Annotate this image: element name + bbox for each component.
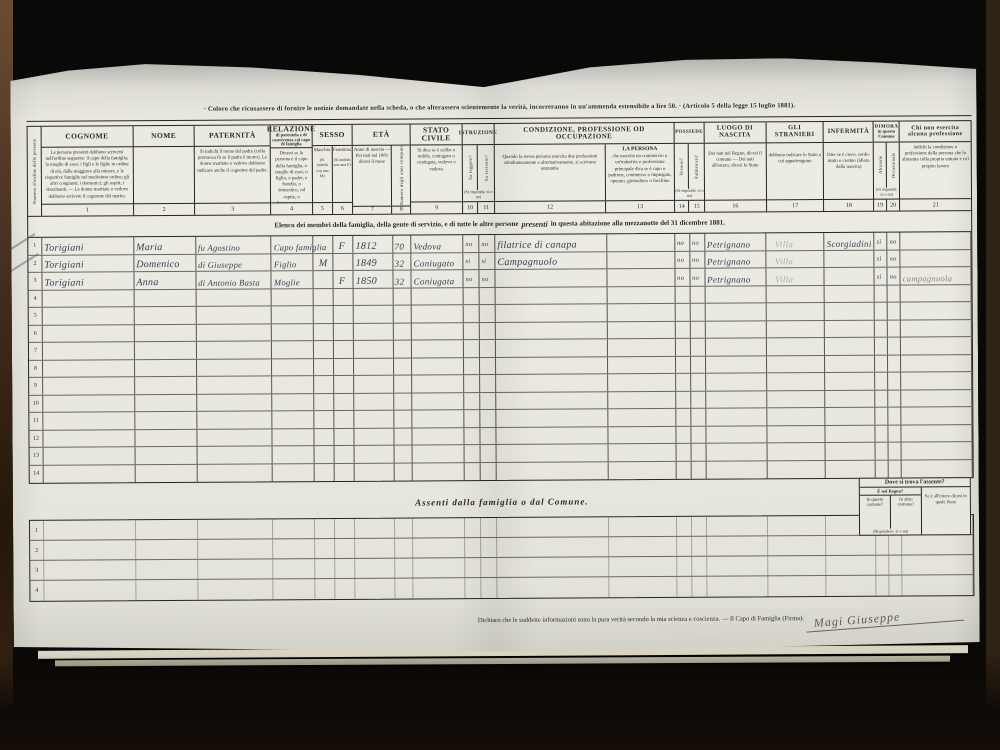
cell-relazione: [273, 519, 315, 538]
handwritten-entry: no: [692, 257, 699, 264]
cell-legge: [465, 428, 481, 445]
handwritten-entry: filatrice di canapa: [497, 239, 577, 250]
cell-cognome: [43, 395, 135, 412]
cell-sesso_m: [314, 376, 334, 393]
cell-persona: [607, 234, 675, 251]
cell-fabbricati: [691, 409, 706, 426]
cell-anni: [394, 376, 412, 393]
cell-paternita: di Giuseppe: [196, 254, 272, 271]
cell-fabbricati: [691, 461, 706, 479]
cell-terreni: [675, 304, 690, 321]
cell-nome: Domenico: [134, 254, 196, 271]
cell-n: 11: [29, 413, 43, 430]
row-number: 12: [33, 436, 39, 442]
cell-fabbricati: no: [690, 269, 705, 286]
cell-paternita: [196, 324, 272, 341]
cell-anno: [356, 579, 396, 599]
handwritten-entry: F: [339, 275, 345, 286]
cell-sesso_f: [334, 306, 354, 323]
cell-paternita: di Antonio Basta: [196, 271, 272, 288]
cell-dim_oc: no: [887, 233, 900, 250]
cell-scrive: [480, 287, 496, 304]
cell-luogo: Petrignano: [705, 233, 767, 250]
cell-anni: [394, 358, 412, 375]
cell-legge: [465, 558, 481, 577]
handwritten-entry: no: [466, 276, 473, 283]
cell-condizione: [496, 392, 608, 409]
cell-sesso_m: [315, 463, 335, 481]
cell-chi_non: [902, 535, 973, 554]
cell-n: 13: [30, 448, 44, 465]
cell-paternita: [197, 464, 273, 482]
cell-relazione: [273, 394, 315, 411]
cell-condizione: [497, 537, 609, 557]
handwritten-entry: Villa: [775, 256, 793, 266]
col-dimora: DIMORA in questo Comune Abituale Occasio…: [874, 122, 901, 211]
cell-fabbricati: [691, 356, 706, 373]
col-paternita: PATERNITÀ Si indichi il nome del padre (…: [195, 125, 271, 214]
cell-condizione: [497, 577, 609, 598]
cell-relazione: [273, 376, 315, 393]
handwritten-entry: 1849: [356, 258, 377, 269]
cell-persona: [608, 321, 676, 338]
cell-scrive: [480, 305, 496, 322]
handwritten-entry: M: [319, 258, 328, 269]
cell-fabbricati: no: [690, 251, 705, 268]
cell-sesso_f: [335, 463, 355, 481]
table-shadow: [0, 655, 1000, 750]
col-cognome: COGNOME Le persone presenti debbono scri…: [42, 126, 134, 216]
wood-frame-right: [986, 0, 1000, 750]
cell-scrive: [480, 340, 496, 357]
cell-persona: [609, 517, 677, 536]
cell-cognome: [44, 465, 136, 483]
cell-cognome: [43, 290, 135, 307]
cell-relazione: [272, 306, 314, 323]
cell-nome: [136, 520, 198, 539]
row-number: 2: [33, 261, 36, 267]
cell-nome: [135, 447, 197, 464]
cell-fabbricati: [690, 321, 705, 338]
col-sesso: SESSO Maschio (Si indichi con una M) Fem…: [313, 125, 354, 214]
cell-anni: 32: [394, 253, 412, 270]
cell-stranieri: [768, 460, 826, 478]
cell-sesso_f: [334, 288, 354, 305]
col-possiede: POSSIEDE Terreni? Fabbricati? (Si rispon…: [674, 123, 705, 212]
cell-persona: [608, 444, 676, 461]
cell-anni: [395, 539, 413, 558]
head-of-family-signature: Magi Giuseppe: [805, 605, 964, 633]
table-body: 1TorigianiMariafu AgostinoCapo famigliaF…: [27, 231, 973, 484]
row-number: 9: [34, 383, 37, 389]
cell-infermita: [826, 408, 876, 425]
cell-scrive: [481, 445, 497, 462]
cell-stato: [413, 538, 465, 557]
handwritten-entry: Villa: [775, 239, 793, 249]
cell-relazione: [274, 579, 316, 599]
cell-legge: [464, 375, 480, 392]
handwritten-entry: no: [692, 274, 699, 281]
cell-luogo: [706, 443, 768, 460]
cell-cognome: [44, 447, 136, 464]
cell-nome: Anna: [134, 272, 196, 289]
cell-paternita: [197, 341, 273, 358]
cell-condizione: filatrice di canapa: [495, 234, 607, 251]
handwritten-entry: sì: [465, 258, 470, 265]
assente-location-box: Dove si trova l'assente? È nel Regno? In…: [859, 477, 971, 536]
cell-terreni: [676, 339, 691, 356]
cell-infermita: Scorgiadini: [825, 233, 875, 250]
cell-stranieri: [767, 355, 825, 372]
handwritten-entry: no: [692, 239, 699, 246]
cell-relazione: [272, 359, 314, 376]
cell-paternita: [197, 429, 273, 446]
cell-stranieri: [767, 338, 825, 355]
handwritten-entry: no: [677, 239, 684, 246]
cell-condizione: [496, 409, 608, 426]
cell-legge: [465, 578, 481, 598]
cell-legge: [464, 288, 480, 305]
cell-sesso_m: [315, 446, 335, 463]
cell-cognome: [43, 412, 135, 429]
cell-anno: [354, 358, 394, 375]
cell-persona: [608, 374, 676, 391]
cell-stranieri: [768, 425, 826, 442]
cell-cognome: [43, 307, 135, 324]
cell-condizione: [497, 517, 609, 537]
cell-relazione: [273, 429, 315, 446]
cell-sesso_m: [315, 428, 335, 445]
cell-n: 4: [30, 581, 44, 601]
cell-legge: [464, 340, 480, 357]
cell-n: 8: [29, 360, 43, 377]
table-header: Numero d'ordine delle persone COGNOME Le…: [27, 121, 973, 217]
cell-stranieri: [768, 516, 826, 535]
cell-chi_non: [902, 425, 973, 442]
cell-relazione: Capo famiglia: [272, 236, 314, 253]
cell-legge: [464, 410, 480, 427]
cell-stranieri: [768, 373, 826, 390]
row-number: 2: [35, 547, 38, 553]
row-number: 11: [33, 418, 39, 424]
cell-terreni: [676, 444, 691, 461]
cell-luogo: Petrignano: [705, 251, 767, 268]
cell-anni: [394, 393, 412, 410]
col-chi-non-esercita: Chi non esercita alcuna professione indi…: [900, 121, 971, 210]
row-number: 1: [35, 527, 38, 533]
cell-nome: [134, 307, 196, 324]
cell-chi_non: [902, 460, 973, 478]
cell-paternita: [197, 411, 273, 428]
cell-infermita: [825, 373, 875, 390]
cell-stato: Coniugata: [412, 270, 464, 287]
handwritten-entry: no: [481, 241, 488, 248]
cell-legge: [465, 463, 481, 481]
cell-legge: [465, 445, 481, 462]
cell-dim_oc: [888, 338, 901, 355]
handwritten-entry: sì: [876, 238, 881, 245]
cell-chi_non: [902, 575, 973, 595]
row-number: 14: [33, 471, 39, 477]
row-number: 1: [33, 243, 36, 249]
handwritten-entry: di Antonio Basta: [198, 277, 260, 287]
cell-scrive: [481, 518, 497, 537]
cell-paternita: [198, 559, 274, 578]
cell-terreni: [677, 517, 692, 536]
cell-relazione: [272, 324, 314, 341]
cell-nome: [136, 560, 198, 579]
row-number: 3: [33, 278, 36, 284]
cell-cognome: Torigiani: [42, 255, 134, 272]
cell-anno: [354, 306, 394, 323]
cell-dim_ab: [876, 536, 889, 555]
cell-anno: 1850: [354, 271, 394, 288]
cell-infermita: [826, 390, 876, 407]
cell-paternita: fu Agostino: [196, 236, 272, 253]
cell-sesso_m: [315, 411, 335, 428]
cell-condizione: [496, 304, 608, 321]
cell-anni: [394, 288, 412, 305]
cell-dim_ab: [875, 320, 888, 337]
handwritten-entry: Figlio: [274, 259, 297, 269]
cell-luogo: [706, 408, 768, 425]
cell-cognome: [44, 580, 136, 601]
cell-infermita: [825, 285, 875, 302]
cell-dim_ab: [876, 408, 889, 425]
handwritten-entry: no: [465, 241, 472, 248]
cell-n: 2: [30, 541, 44, 560]
cell-terreni: [676, 409, 691, 426]
handwritten-entry: sì: [877, 273, 882, 280]
cell-n: 10: [29, 395, 43, 412]
cell-stato: [414, 578, 466, 598]
declaration-line: Dichiaro che le suddette informazioni so…: [30, 608, 976, 630]
cell-relazione: Moglie: [272, 271, 314, 288]
cell-infermita: [825, 303, 875, 320]
cell-chi_non: campagnuola: [901, 267, 972, 284]
cell-persona: [608, 356, 676, 373]
cell-luogo: [707, 556, 769, 575]
cell-n: 7: [29, 343, 43, 360]
cell-stranieri: [769, 576, 827, 596]
cell-anni: [395, 411, 413, 428]
cell-n: 4: [29, 290, 43, 307]
cell-relazione: [274, 539, 316, 558]
cell-condizione: Campagnuolo: [495, 252, 607, 269]
cell-stato: [412, 323, 464, 340]
cell-anno: [355, 446, 395, 463]
handwritten-entry: Torigiani: [44, 277, 84, 288]
cell-sesso_m: [314, 341, 334, 358]
cell-sesso_f: [335, 393, 355, 410]
handwritten-entry: sì: [481, 258, 486, 265]
cell-anno: [354, 341, 394, 358]
cell-terreni: [676, 374, 691, 391]
cell-condizione: [496, 374, 608, 391]
cell-dim_oc: [889, 460, 902, 478]
cell-nome: [135, 464, 197, 482]
cell-chi_non: [901, 407, 972, 424]
cell-luogo: [707, 536, 769, 555]
cell-sesso_m: [314, 358, 334, 375]
cell-n: 14: [30, 465, 44, 483]
cell-anni: [394, 341, 412, 358]
cell-dim_oc: no: [888, 268, 901, 285]
cell-sesso_f: [334, 376, 354, 393]
cell-stato: Vedova: [411, 235, 463, 252]
cell-sesso_m: [315, 393, 335, 410]
cell-stato: [413, 445, 465, 462]
handwritten-entry: no: [482, 276, 489, 283]
cell-stato: [413, 518, 465, 537]
cell-luogo: [706, 391, 768, 408]
row-number: 4: [35, 588, 38, 594]
cell-luogo: [706, 426, 768, 443]
cell-nome: Maria: [134, 237, 196, 254]
cell-scrive: [480, 357, 496, 374]
cell-anno: [354, 288, 394, 305]
cell-stato: [412, 375, 464, 392]
cell-stranieri: [769, 536, 827, 555]
cell-terreni: [676, 426, 691, 443]
handwritten-entry: Scorgiadini: [827, 238, 872, 248]
cell-dim_oc: [889, 556, 902, 575]
col-infermita: INFERMITÀ Dire se è cieco, sordo-muto o …: [824, 122, 874, 211]
cell-anno: [354, 323, 394, 340]
row-number: 8: [34, 366, 37, 372]
cell-scrive: [481, 538, 497, 557]
cell-cognome: [43, 360, 135, 377]
cell-sesso_m: [314, 271, 334, 288]
cell-anno: [355, 428, 395, 445]
cell-dim_oc: [888, 303, 901, 320]
cell-persona: [609, 577, 677, 597]
cell-dim_ab: [875, 355, 888, 372]
cell-relazione: [273, 411, 315, 428]
cell-chi_non: [902, 442, 973, 459]
cell-anni: [394, 323, 412, 340]
cell-persona: [607, 286, 675, 303]
cell-anno: [355, 411, 395, 428]
cell-anni: [395, 446, 413, 463]
cell-nome: [135, 359, 197, 376]
cell-n: 1: [28, 238, 42, 255]
cell-cognome: [43, 342, 135, 359]
cell-sesso_m: [314, 323, 334, 340]
cell-dim_oc: [888, 285, 901, 302]
cell-dim_oc: [888, 320, 901, 337]
cell-sesso_m: [316, 559, 336, 578]
cell-relazione: Figlio: [272, 254, 314, 271]
cell-terreni: [677, 557, 692, 576]
cell-sesso_f: F: [334, 271, 354, 288]
cell-fabbricati: no: [690, 234, 705, 251]
cell-sesso_f: [336, 559, 356, 578]
cell-dim_oc: [889, 425, 902, 442]
cell-infermita: [826, 536, 876, 555]
cell-anni: 32: [394, 271, 412, 288]
handwritten-entry: Campagnuolo: [497, 257, 557, 268]
handwritten-entry: Petrignano: [707, 274, 751, 284]
cell-dim_ab: [875, 390, 888, 407]
cell-stato: [413, 558, 465, 577]
handwritten-entry: campagnuola: [903, 273, 953, 283]
handwritten-entry: Domenico: [136, 259, 180, 270]
handwritten-entry: no: [890, 273, 897, 280]
cell-anno: [355, 519, 395, 538]
assenti-body: 1234: [29, 514, 974, 602]
cell-paternita: [197, 359, 273, 376]
cell-infermita: [826, 460, 876, 478]
cell-dim_oc: [889, 536, 902, 555]
cell-dim_ab: [876, 556, 889, 575]
row-number: 7: [34, 348, 37, 354]
handwritten-entry: 1812: [356, 240, 377, 251]
col-condizione-professione: CONDIZIONE, PROFESSIONE OD OCCUPAZIONE Q…: [494, 123, 675, 213]
handwritten-entry: Coniugato: [414, 258, 455, 268]
cell-terreni: [675, 321, 690, 338]
cell-sesso_f: [335, 446, 355, 463]
cell-chi_non: [901, 372, 972, 389]
cell-anni: [395, 519, 413, 538]
handwritten-entry: Petrignano: [707, 256, 751, 266]
cell-sesso_f: [334, 358, 354, 375]
cell-nome: [135, 394, 197, 411]
cell-nome: [135, 342, 197, 359]
cell-anno: [356, 559, 396, 578]
cell-infermita: [827, 556, 877, 575]
handwritten-entry: Villa: [775, 274, 793, 284]
cell-persona: [609, 537, 677, 556]
handwritten-entry: Petrignano: [707, 239, 751, 249]
cell-paternita: [198, 539, 274, 558]
cell-fabbricati: [690, 339, 705, 356]
cell-dim_ab: [876, 425, 889, 442]
cell-chi_non: [901, 302, 972, 319]
cell-legge: [464, 358, 480, 375]
cell-persona: [609, 557, 677, 576]
handwritten-entry: 70: [395, 241, 405, 251]
cell-relazione: [272, 341, 314, 358]
cell-luogo: [705, 338, 767, 355]
cell-scrive: [480, 410, 496, 427]
cell-stato: [412, 358, 464, 375]
col-relazione: RELAZIONE di parentela e di convivenza c…: [271, 125, 314, 214]
cell-n: 1: [30, 521, 44, 540]
cell-dim_oc: no: [888, 250, 901, 267]
cell-stato: [412, 340, 464, 357]
cell-cognome: [43, 430, 135, 447]
assenti-section-title: Assenti dalla famiglia o dal Comune.: [29, 494, 975, 514]
handwritten-entry: sì: [877, 256, 882, 263]
cell-terreni: [677, 577, 692, 597]
cell-dim_ab: sì: [874, 233, 887, 250]
cell-sesso_m: [315, 519, 335, 538]
cell-scrive: [481, 578, 497, 598]
cell-fabbricati: [691, 444, 706, 461]
cell-condizione: [496, 322, 608, 339]
cell-scrive: sì: [479, 252, 495, 269]
cell-stranieri: Villa: [767, 268, 825, 285]
cell-anno: 1849: [354, 253, 394, 270]
cell-nome: [134, 289, 196, 306]
cell-stranieri: [768, 443, 826, 460]
cell-n: 3: [30, 561, 44, 580]
handwritten-entry: Torigiani: [44, 242, 84, 253]
cell-anno: 1812: [354, 236, 394, 253]
cell-scrive: [480, 392, 496, 409]
cell-terreni: no: [675, 251, 690, 268]
